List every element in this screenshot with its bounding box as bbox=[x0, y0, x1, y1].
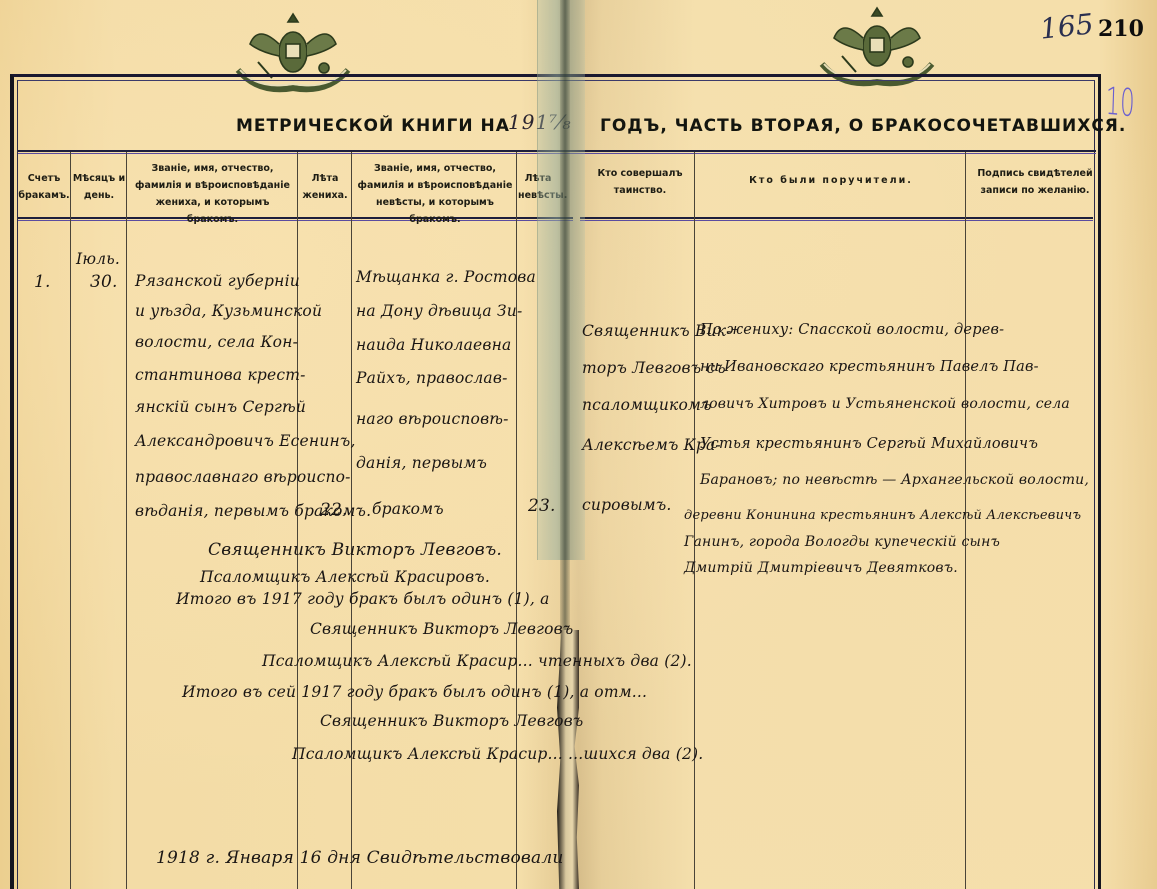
groom-line: православнаго вѣроиспо- bbox=[135, 468, 351, 486]
bride-line: Мѣщанка г. Ростова bbox=[356, 268, 536, 286]
groom-line: стантинова крест- bbox=[135, 366, 306, 384]
bride-line: наго вѣроисповѣ- bbox=[356, 410, 509, 428]
column-header-guarantors: Кто были поручители. bbox=[700, 172, 962, 189]
bride-line: наида Николаевна bbox=[356, 336, 511, 354]
column-header-groom: Званіе, имя, отчество, фамилія и вѣроисп… bbox=[130, 160, 295, 228]
priest-signature: Священникъ Викторъ Левговъ bbox=[310, 620, 573, 638]
psalmist-signature: Псаломщикъ Алексѣй Красировъ. bbox=[200, 568, 490, 586]
guarantor-line: Ганинъ, города Вологды купеческій сынъ bbox=[684, 534, 1000, 550]
guarantor-line: деревни Конинина крестьянинъ Алексѣй Але… bbox=[684, 508, 1081, 523]
bride-line: данія, первымъ bbox=[356, 454, 487, 472]
groom-age: 22. bbox=[320, 500, 348, 520]
header-bottom-rule-right bbox=[580, 217, 1093, 221]
guarantor-line: ни Ивановскаго крестьянинъ Павелъ Пав- bbox=[700, 359, 1039, 375]
bride-age: 23. bbox=[528, 496, 556, 516]
guarantor-line: Барановъ; по невѣстѣ — Архангельской вол… bbox=[700, 472, 1089, 488]
record-day: 30. bbox=[90, 272, 118, 292]
column-divider bbox=[126, 152, 127, 889]
column-header-month-day: Мѣсяцъ и день. bbox=[72, 170, 126, 204]
bride-line: бракомъ bbox=[372, 500, 444, 518]
guarantor-line: Дмитрій Дмитріевичъ Девятковъ. bbox=[684, 560, 958, 576]
groom-line: Александровичъ Есенинъ, bbox=[135, 432, 356, 450]
column-header-officiant: Кто совершалъ таинство. bbox=[590, 165, 690, 199]
psalmist-signature: Псаломщикъ Алексѣй Красир... чтенныхъ дв… bbox=[262, 652, 692, 670]
priest-signature: Священникъ Викторъ Левговъ. bbox=[208, 540, 502, 560]
column-divider bbox=[70, 152, 71, 889]
groom-line: и уѣзда, Кузьминской bbox=[135, 302, 322, 320]
document-page: 165 210 10 МЕТРИЧЕСКОЙ КНИГИ НА 191⁷⁄₈ Г… bbox=[0, 0, 1157, 889]
guarantor-line: Устья крестьянинъ Сергѣй Михайловичъ bbox=[700, 436, 1038, 452]
record-month: Іюль. bbox=[76, 250, 120, 268]
guarantor-line: ловичъ Хитровъ и Устьяненской волости, с… bbox=[700, 396, 1070, 412]
column-divider bbox=[297, 152, 298, 889]
bride-line: Райхъ, православ- bbox=[356, 369, 508, 387]
officiant-line: сировымъ. bbox=[582, 496, 671, 514]
officiant-line: псаломщикомъ bbox=[582, 396, 712, 414]
archive-folio-number: 165 bbox=[1038, 7, 1095, 45]
column-header-witness-signatures: Подпись свидѣтелей записи по желанію. bbox=[975, 165, 1095, 199]
psalmist-signature: Псаломщикъ Алексѣй Красир... ...шихся дв… bbox=[292, 745, 703, 763]
column-header-bride: Званіе, имя, отчество, фамилія и вѣроисп… bbox=[355, 160, 515, 228]
groom-line: волости, села Кон- bbox=[135, 333, 298, 351]
certification-note: 1918 г. Января 16 дня Свидѣтельствовали bbox=[156, 848, 564, 868]
column-header-marriage-count: Счетъ бракамъ. bbox=[18, 170, 70, 204]
priest-signature: Священникъ Викторъ Левговъ bbox=[320, 712, 583, 730]
page-number: 210 bbox=[1098, 16, 1144, 42]
column-divider bbox=[351, 152, 352, 889]
groom-line: Рязанской губерніи bbox=[135, 272, 300, 290]
record-number: 1. bbox=[34, 272, 51, 292]
totals-note: Итого въ 1917 году бракъ былъ одинъ (1),… bbox=[176, 590, 550, 608]
bride-line: на Дону дѣвица Зи- bbox=[356, 302, 522, 320]
totals-note: Итого въ сей 1917 году бракъ былъ одинъ … bbox=[182, 683, 647, 701]
column-header-groom-age: Лѣта жениха. bbox=[300, 170, 350, 204]
groom-line: янскій сынъ Сергѣй bbox=[135, 398, 306, 416]
title-part-2: ГОДЪ, ЧАСТЬ ВТОРАЯ, О БРАКОСОЧЕТАВШИХСЯ. bbox=[600, 116, 1126, 136]
title-part-1: МЕТРИЧЕСКОЙ КНИГИ НА bbox=[236, 116, 510, 136]
guarantor-line: По жениху: Спасской волости, дерев- bbox=[700, 322, 1004, 338]
column-divider bbox=[516, 152, 517, 889]
